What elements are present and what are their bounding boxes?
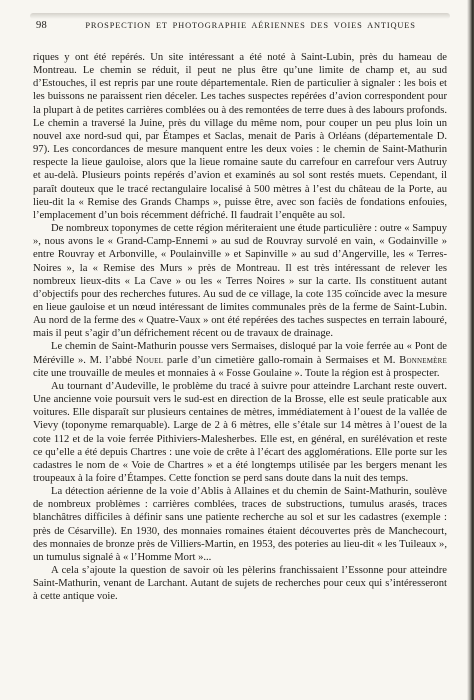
text-segment: A cela s’ajoute la question de savoir où… — [33, 565, 447, 602]
paragraph: De nombreux toponymes de cette région mé… — [33, 222, 447, 340]
body-text: riques y ont été repérés. Un site intére… — [33, 51, 447, 604]
page-header: 98 PROSPECTION ET PHOTOGRAPHIE AÉRIENNES… — [36, 20, 440, 31]
text-segment: parle d’un cimetière gallo-romain à Serm… — [163, 355, 399, 366]
text-segment: La détection aérienne de la voie d’Ablis… — [33, 486, 447, 563]
running-title: PROSPECTION ET PHOTOGRAPHIE AÉRIENNES DE… — [47, 21, 440, 30]
text-segment: De nombreux toponymes de cette région mé… — [33, 223, 447, 339]
person-name: Nouel — [136, 355, 163, 366]
scan-artifact-smudge — [30, 13, 450, 19]
text-segment: cite une trouvaille de meules et monnaie… — [33, 368, 440, 379]
paragraph: La détection aérienne de la voie d’Ablis… — [33, 485, 447, 564]
paragraph: Au tournant d’Audeville, le problème du … — [33, 380, 447, 485]
page-number: 98 — [36, 20, 47, 31]
text-segment: riques y ont été repérés. Un site intére… — [33, 52, 447, 221]
book-page: 98 PROSPECTION ET PHOTOGRAPHIE AÉRIENNES… — [0, 0, 474, 700]
scan-edge-shadow — [467, 0, 474, 700]
paragraph: riques y ont été repérés. Un site intére… — [33, 51, 447, 222]
text-segment: Au tournant d’Audeville, le problème du … — [33, 381, 447, 484]
person-name: Bonnemère — [399, 355, 447, 366]
paragraph: Le chemin de Saint-Mathurin pousse vers … — [33, 340, 447, 379]
paragraph: A cela s’ajoute la question de savoir où… — [33, 564, 447, 603]
